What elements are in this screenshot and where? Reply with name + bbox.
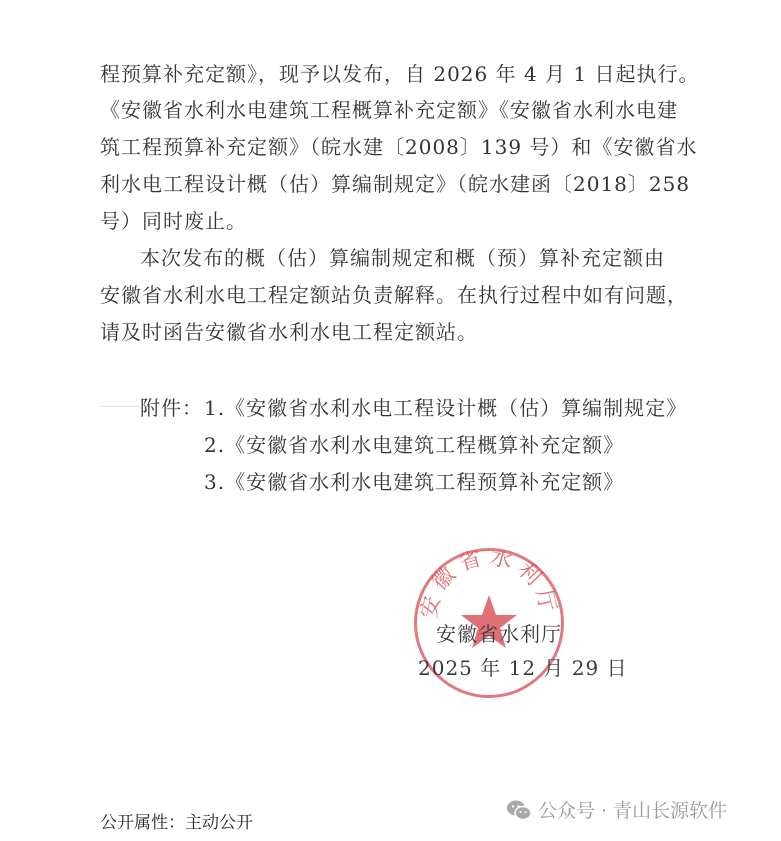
attachments-label: 附件： <box>140 394 203 422</box>
public-attribute: 公开属性：主动公开 <box>100 808 253 833</box>
attachment-item-2: 2.《安徽省水利水电建筑工程概算补充定额》 <box>204 431 624 459</box>
body-line-3: 筑工程预算补充定额》（皖水建〔2008〕139 号）和《安徽省水 <box>100 133 697 161</box>
wechat-icon <box>506 799 532 821</box>
body-line-6: 本次发布的概（估）算编制规定和概（预）算补充定额由 <box>140 244 665 272</box>
body-line-2: 《安徽省水利水电建筑工程概算补充定额》《安徽省水利水电建 <box>100 96 678 124</box>
body-line-5: 号）同时废止。 <box>100 207 247 235</box>
attachment-item-1: 1.《安徽省水利水电工程设计概（估）算编制规定》 <box>204 394 687 422</box>
wechat-watermark: 公众号 · 青山长源软件 <box>506 796 727 823</box>
body-line-1: 程预算补充定额》，现予以发布，自 2026 年 4 月 1 日起执行。 <box>100 60 700 88</box>
body-line-7: 安徽省水利水电工程定额站负责解释。在执行过程中如有问题， <box>100 281 688 309</box>
issue-date: 2025 年 12 月 29 日 <box>418 654 628 682</box>
attachment-item-3: 3.《安徽省水利水电建筑工程预算补充定额》 <box>204 468 624 496</box>
body-line-8: 请及时函告安徽省水利水电工程定额站。 <box>100 318 478 346</box>
watermark-text: 公众号 · 青山长源软件 <box>538 796 727 823</box>
issuer-name: 安徽省水利厅 <box>436 620 562 648</box>
divider <box>100 406 140 407</box>
body-line-4: 利水电工程设计概（估）算编制规定》（皖水建函〔2018〕258 <box>100 170 690 198</box>
